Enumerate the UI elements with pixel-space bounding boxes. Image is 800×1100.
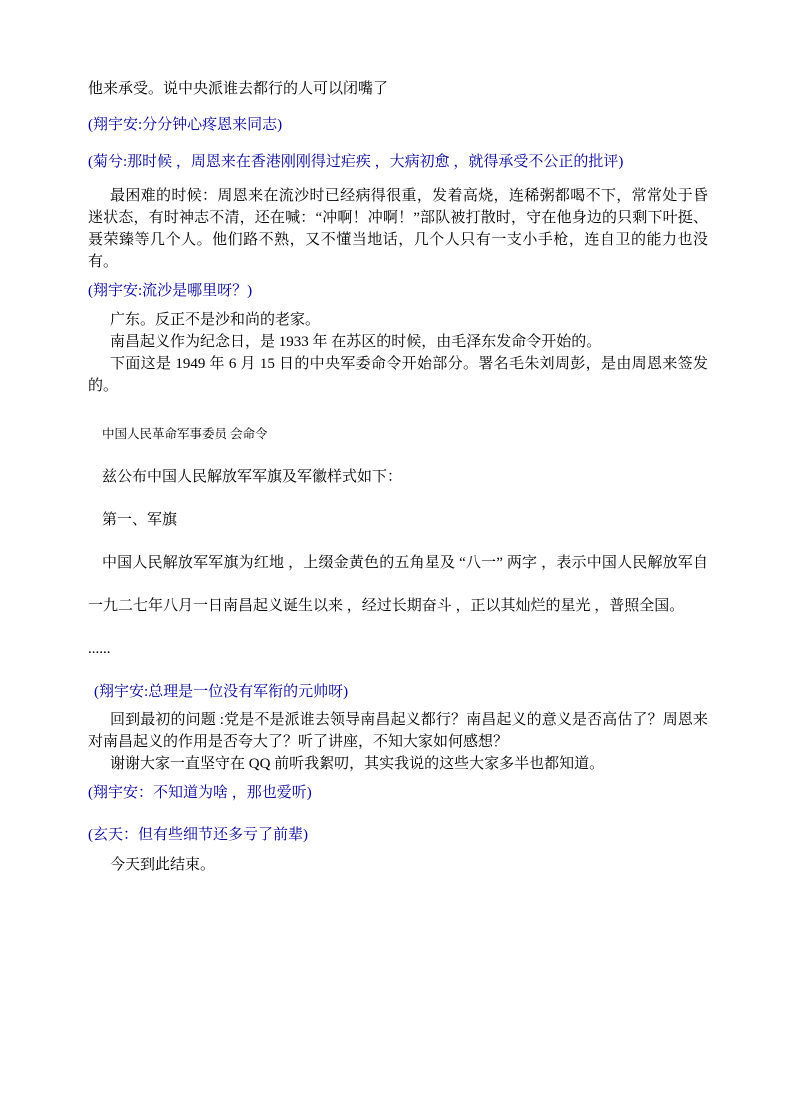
annotation-line: (菊兮:那时候 ，周恩来在香港刚刚得过疟疾 ，大病初愈 ，就得承受不公正的批评): [88, 151, 708, 173]
body-paragraph: 今天到此结束。: [88, 854, 708, 876]
ellipsis-line: ......: [88, 628, 708, 671]
annotation-line: (玄天：但有些细节还多亏了前辈): [88, 824, 708, 846]
annotation-line: (翔宇安:分分钟心疼恩来同志): [88, 114, 708, 136]
body-paragraph: 他来承受。说中央派谁去都行的人可以闭嘴了: [88, 78, 708, 100]
body-paragraph: 最困难的时候：周恩来在流沙时已经病得很重，发着高烧，连稀粥都喝不下，常常处于昏迷…: [88, 185, 708, 273]
body-paragraph: 南昌起义作为纪念日，是 1933 年 在苏区的时候，由毛泽东发命令开始的。: [88, 331, 708, 353]
body-paragraph: 回到最初的问题 :党是不是派谁去领导南昌起义都行？南昌起义的意义是否高估了？周恩…: [88, 709, 708, 753]
quoted-order-line: 兹公布中国人民解放军军旗及军徽样式如下：: [88, 456, 708, 499]
annotation-line: (翔宇安:流沙是哪里呀？): [88, 280, 708, 302]
body-paragraph: 下面这是 1949 年 6 月 15 日的中央军委命令开始部分。署名毛朱刘周彭，…: [88, 353, 708, 397]
body-paragraph: 广东。反正不是沙和尚的老家。: [88, 309, 708, 331]
quoted-order-heading: 第一、军旗: [88, 499, 708, 542]
quoted-order-title: 中国人民革命军事委员 会命令: [88, 413, 708, 456]
annotation-line: (翔宇安:总理是一位没有军衔的元帅呀): [88, 681, 708, 703]
body-paragraph: 谢谢大家一直坚守在 QQ 前听我絮叨，其实我说的这些大家多半也都知道。: [88, 753, 708, 775]
annotation-line: (翔宇安：不知道为啥 ，那也爱听): [88, 782, 708, 804]
document-page: 他来承受。说中央派谁去都行的人可以闭嘴了 (翔宇安:分分钟心疼恩来同志) (菊兮…: [0, 0, 800, 1100]
quoted-order-paragraph: 中国人民解放军军旗为红地 ，上缀金黄色的五角星及 “八一” 两字 ，表示中国人民…: [88, 542, 708, 628]
document-text-area: 他来承受。说中央派谁去都行的人可以闭嘴了 (翔宇安:分分钟心疼恩来同志) (菊兮…: [0, 0, 800, 876]
